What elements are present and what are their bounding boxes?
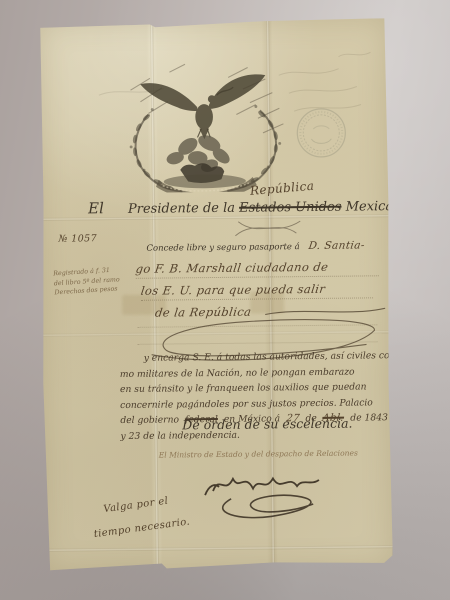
validity-note-line2: tiempo necesario. — [93, 516, 191, 540]
bearer-detail-line: los E. U. para que pueda salir — [141, 281, 373, 300]
title-main: Presidente de la — [128, 201, 235, 217]
grant-clause: Concede libre y seguro pasaporte á D. Sa… — [146, 239, 364, 253]
mexican-eagle-emblem-icon — [109, 59, 300, 193]
horizontal-fold-crease — [44, 545, 393, 552]
validity-note-line1: Valga por el — [103, 496, 169, 516]
title-tail: Mexicanos — [346, 199, 417, 215]
bearer-name-text: go F. B. Marshall ciudadano de — [135, 260, 329, 276]
photo-scene: República El Presidente de la Estados Un… — [0, 0, 450, 600]
order-line: De órden de su escelencia. — [142, 415, 392, 433]
minister-title-line: El Ministro de Estado y del despacho de … — [159, 448, 395, 459]
grant-printed-text: Concede libre y seguro pasaporte á — [146, 242, 299, 254]
ink-blot-icon — [418, 201, 428, 211]
crossout-scribble — [230, 213, 310, 242]
circular-seal-icon — [293, 105, 350, 162]
bearer-name-line: go F. B. Marshall ciudadano de — [136, 259, 379, 279]
minister-signature — [201, 460, 337, 523]
registry-notes: Registrado á f. 31 del libro 5º del ramo… — [53, 265, 121, 298]
passport-document: República El Presidente de la Estados Un… — [38, 18, 393, 571]
bearer-name-start: D. Santia- — [308, 239, 366, 252]
bearer-detail-text: los E. U. para que pueda salir — [140, 282, 326, 298]
passport-number: № 1057 — [58, 233, 97, 244]
title-el: El — [88, 199, 104, 217]
